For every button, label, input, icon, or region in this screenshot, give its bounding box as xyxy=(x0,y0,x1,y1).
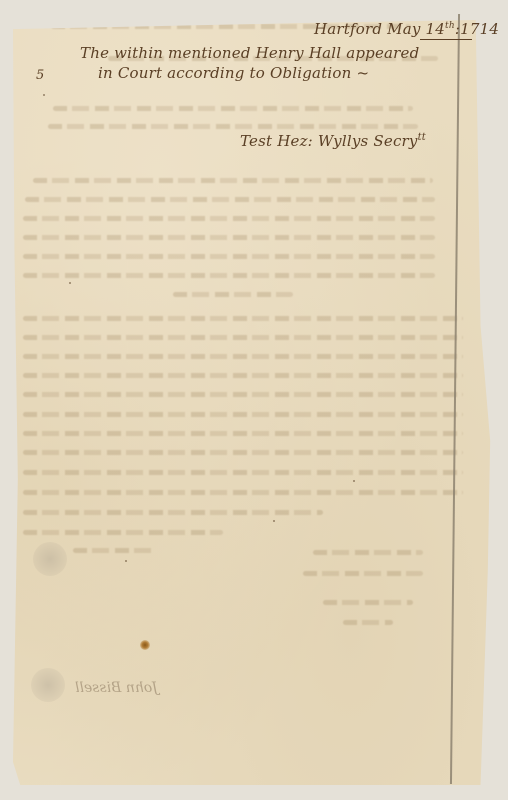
dateline-place: Hartford xyxy=(314,20,382,38)
signature-text: Test Hez: Wyllys Secry xyxy=(240,132,418,150)
seal-impression xyxy=(31,668,65,702)
dateline: Hartford May 14th:1714 xyxy=(314,20,499,38)
dateline-ordinal: th xyxy=(445,21,455,31)
seal-impression xyxy=(33,542,67,576)
body-line: in Court according to Obligation ~ xyxy=(98,64,369,82)
document-viewer: John Bissell Hartford May 14th:1714 5 Th… xyxy=(0,0,508,800)
date-underline xyxy=(420,39,472,40)
ink-stain xyxy=(140,640,150,650)
dateline-year: 1714 xyxy=(460,20,499,38)
signature-suffix: tt xyxy=(418,132,426,143)
dateline-date: May 14 xyxy=(387,20,445,38)
reverse-signature: John Bissell xyxy=(75,680,158,696)
body-line: The within mentioned Henry Hall appeared xyxy=(80,44,419,62)
clerk-signature: Test Hez: Wyllys Secrytt xyxy=(240,132,426,150)
margin-mark: 5 xyxy=(36,68,44,83)
